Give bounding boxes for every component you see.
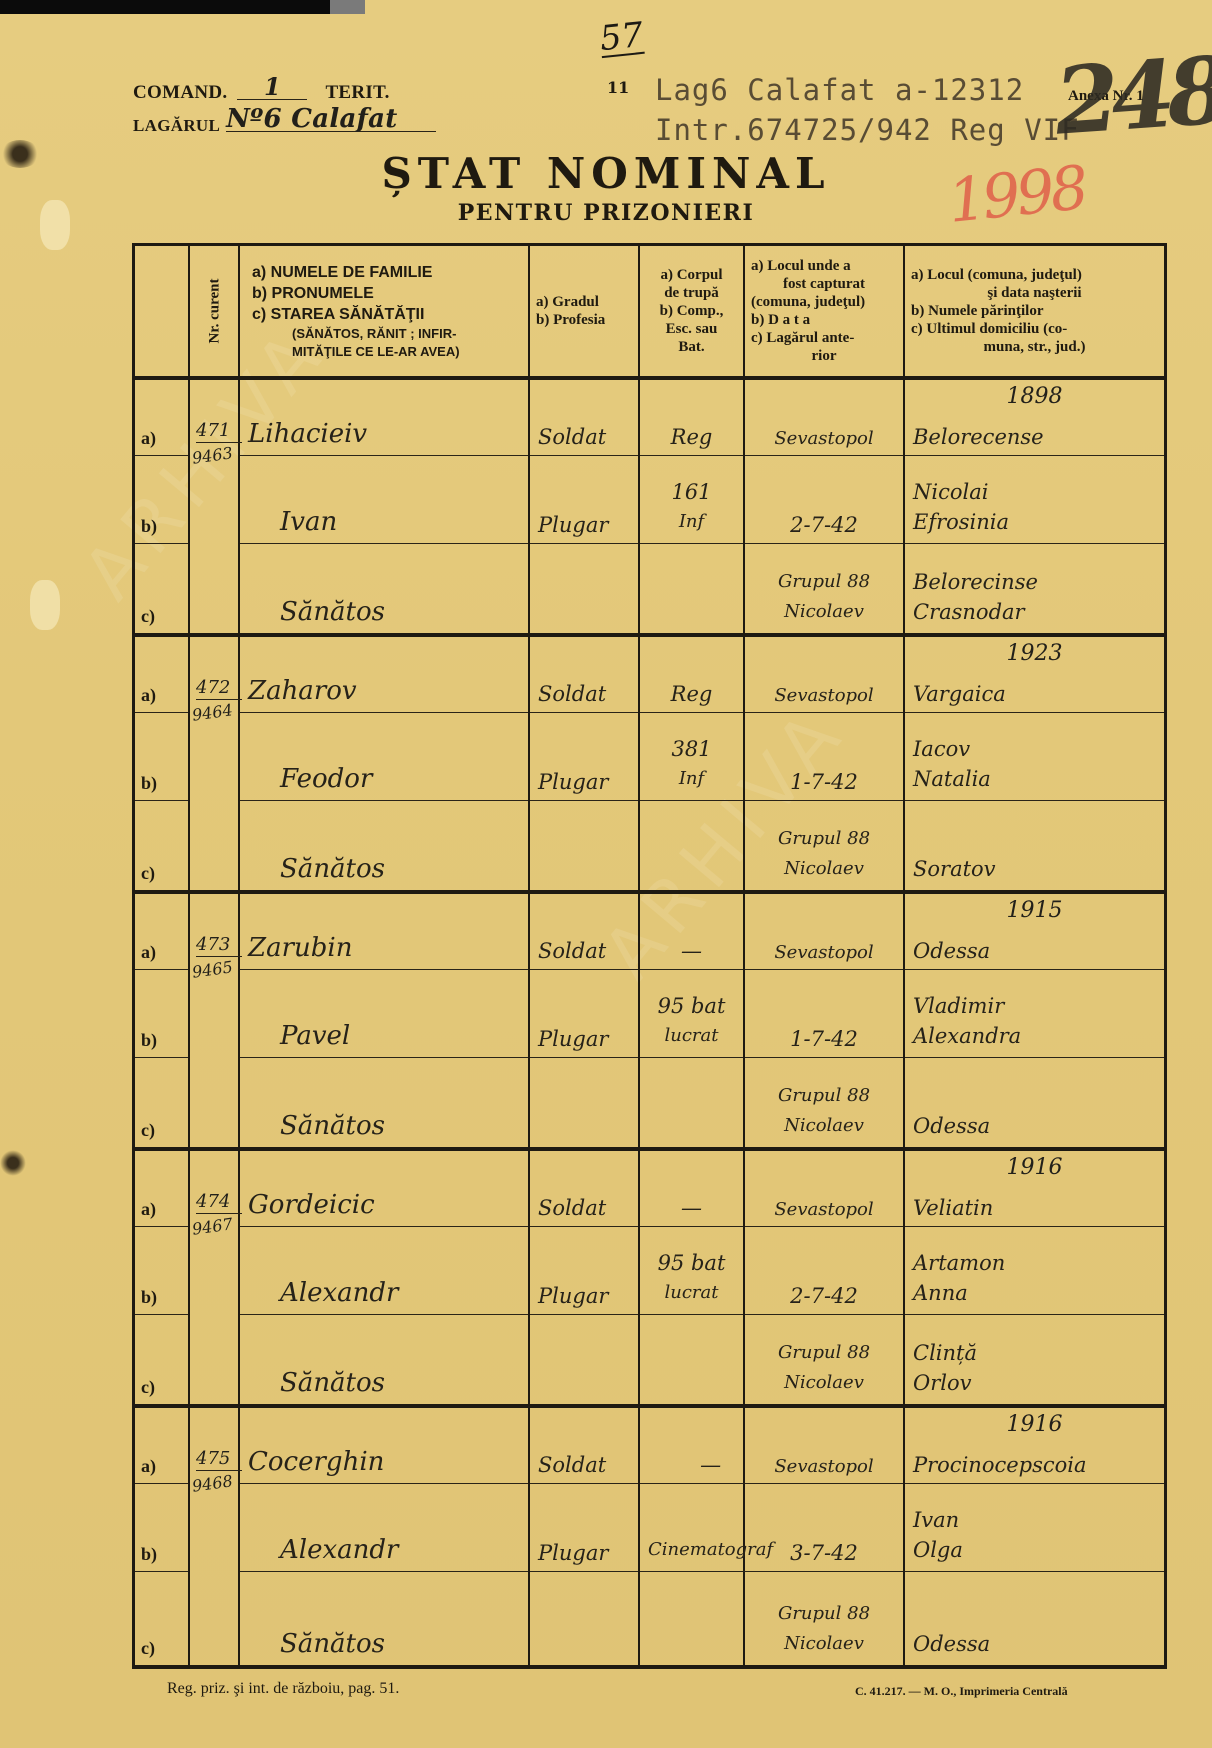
- nr-registry: 9467: [191, 1214, 234, 1238]
- domicile-1: Odessa: [913, 1111, 990, 1141]
- prev-camp-1: Grupul 88: [778, 824, 870, 854]
- prev-camp-2: Nicolaev: [784, 1368, 864, 1398]
- corps-cell: Reg 381Inf: [640, 637, 745, 890]
- family-name: Gordeicic: [248, 1190, 375, 1220]
- grade: Soldat: [538, 425, 606, 449]
- names-cell: Gordeicic Alexandr Sănătos: [240, 1151, 530, 1404]
- page-number-handwritten: 248: [1051, 36, 1212, 155]
- corps: —: [681, 1196, 702, 1220]
- row-labels: a) b) c): [135, 637, 190, 890]
- nr-registry: 9463: [191, 443, 234, 467]
- label-a: a): [135, 1408, 188, 1484]
- prev-camp-1: Grupul 88: [778, 1599, 870, 1629]
- paper-crease: [30, 580, 60, 630]
- punch-hole: [0, 1150, 26, 1176]
- prev-camp-1: Grupul 88: [778, 1338, 870, 1368]
- father-name: Vladimir: [913, 991, 1004, 1021]
- birth-place: Belorecense: [913, 425, 1044, 449]
- names-cell: Zaharov Feodor Sănătos: [240, 637, 530, 890]
- domicile-1: Clință: [913, 1338, 977, 1368]
- label-c: c): [135, 1058, 188, 1147]
- corps-cell: — Cinematograf: [640, 1408, 745, 1665]
- prev-camp-1: Grupul 88: [778, 1081, 870, 1111]
- scan-edge-bar: [0, 0, 330, 14]
- record-group: a) b) c) 471 9463 Lihacieiv Ivan Sănătos…: [135, 380, 1164, 637]
- footer-reference: Reg. priz. şi int. de războiu, pag. 51.: [167, 1680, 399, 1698]
- first-name: Feodor: [280, 764, 372, 794]
- record-group: a) b) c) 472 9464 Zaharov Feodor Sănătos…: [135, 637, 1164, 894]
- unit-1: 95 bat: [658, 991, 726, 1021]
- father-name: Nicolai: [913, 477, 988, 507]
- birth-cell: 1923Vargaica IacovNatalia Soratov: [905, 637, 1164, 890]
- father-name: Iacov: [913, 734, 970, 764]
- corps-cell: Reg 161Inf: [640, 380, 745, 633]
- header-grade: a) Gradul b) Profesia: [530, 246, 640, 376]
- profession: Plugar: [538, 1027, 608, 1051]
- health-status: Sănătos: [280, 1368, 385, 1398]
- birth-place: Veliatin: [913, 1196, 993, 1220]
- grade-cell: Soldat Plugar: [530, 637, 640, 890]
- grade-cell: Soldat Plugar: [530, 1151, 640, 1404]
- label-b: b): [135, 456, 188, 544]
- prisoner-table: Nr. curent a) NUMELE DE FAMILIE b) PRONU…: [132, 243, 1167, 1669]
- row-labels: a) b) c): [135, 380, 190, 633]
- label-b: b): [135, 1484, 188, 1572]
- registry-stamp: Lag6 Calafat a-12312 Intr.674725/942 Reg…: [655, 70, 1080, 150]
- first-name: Pavel: [280, 1021, 350, 1051]
- unit-2: lucrat: [665, 1021, 719, 1051]
- grade-cell: Soldat Plugar: [530, 380, 640, 633]
- birth-cell: 1898Belorecense NicolaiEfrosinia Belorec…: [905, 380, 1164, 633]
- unit-2: Inf: [679, 764, 704, 794]
- birth-year: 1898: [905, 384, 1164, 409]
- birth-year: 1915: [905, 898, 1164, 923]
- grade-cell: Soldat Plugar: [530, 1408, 640, 1665]
- nr-current: 471: [196, 420, 242, 443]
- grade: Soldat: [538, 1196, 606, 1220]
- mother-name: Anna: [913, 1278, 968, 1308]
- scan-edge-bar-gray: [330, 0, 365, 14]
- lagarul-label: LAGĂRUL: [133, 116, 220, 136]
- health-status: Sănătos: [280, 1629, 385, 1659]
- corps-cell: — 95 batlucrat: [640, 894, 745, 1147]
- health-status: Sănătos: [280, 1111, 385, 1141]
- mother-name: Efrosinia: [913, 507, 1009, 537]
- domicile-2: Orlov: [913, 1368, 971, 1398]
- label-c: c): [135, 1572, 188, 1665]
- birth-year: 1916: [905, 1155, 1164, 1180]
- stamp-line-1: Lag6 Calafat a-12312: [655, 70, 1080, 110]
- domicile-1: Belorecinse: [913, 567, 1038, 597]
- father-name: Ivan: [913, 1505, 959, 1535]
- record-group: a) b) c) 473 9465 Zarubin Pavel Sănătos …: [135, 894, 1164, 1151]
- capture-date: 3-7-42: [790, 1541, 858, 1565]
- footer-printer: C. 41.217. — M. O., Imprimeria Centrală: [855, 1684, 1068, 1699]
- nr-registry: 9468: [191, 1471, 234, 1495]
- label-b: b): [135, 970, 188, 1058]
- prev-camp-2: Nicolaev: [784, 597, 864, 627]
- mother-name: Olga: [913, 1535, 963, 1565]
- grade: Soldat: [538, 682, 606, 706]
- health-status: Sănătos: [280, 854, 385, 884]
- health-status: Sănătos: [280, 597, 385, 627]
- birth-year: 1923: [905, 641, 1164, 666]
- form-header: COMAND. 1 TERIT. LAGĂRUL Nº6 Calafat: [133, 72, 454, 136]
- mother-name: Natalia: [913, 764, 991, 794]
- header-names: a) NUMELE DE FAMILIE b) PRONUMELE c) STA…: [240, 246, 530, 376]
- comand-value: 1: [237, 75, 307, 100]
- prev-camp-2: Nicolaev: [784, 1111, 864, 1141]
- capture-date: 2-7-42: [790, 1284, 858, 1308]
- capture-cell: Sevastopol 1-7-42 Grupul 88Nicolaev: [745, 894, 905, 1147]
- label-c: c): [135, 1315, 188, 1404]
- capture-place: Sevastopol: [774, 1199, 873, 1220]
- label-b: b): [135, 713, 188, 801]
- folio-number: 57: [598, 18, 645, 58]
- capture-date: 1-7-42: [790, 1027, 858, 1051]
- label-c: c): [135, 801, 188, 890]
- label-b: b): [135, 1227, 188, 1315]
- header-corps: a) Corpul de trupă b) Comp., Esc. sau Ba…: [640, 246, 745, 376]
- corps: Reg: [671, 425, 713, 449]
- birth-place: Odessa: [913, 939, 990, 963]
- corps: Reg: [671, 682, 713, 706]
- grade: Soldat: [538, 1453, 606, 1477]
- nr-curent-cell: 475 9468: [190, 1408, 240, 1665]
- capture-place: Sevastopol: [774, 685, 873, 706]
- unit-1: 95 bat: [658, 1248, 726, 1278]
- corps-cell: — 95 batlucrat: [640, 1151, 745, 1404]
- nr-registry: 9465: [191, 957, 234, 981]
- family-name: Zarubin: [248, 933, 352, 963]
- names-cell: Zarubin Pavel Sănătos: [240, 894, 530, 1147]
- birth-cell: 1915Odessa VladimirAlexandra Odessa: [905, 894, 1164, 1147]
- birth-year: 1916: [905, 1412, 1164, 1437]
- prev-camp-2: Nicolaev: [784, 1629, 864, 1659]
- grade-cell: Soldat Plugar: [530, 894, 640, 1147]
- document-title: ȘTAT NOMINAL PENTRU PRIZONIERI: [0, 150, 1212, 226]
- capture-date: 2-7-42: [790, 513, 858, 537]
- first-name: Alexandr: [280, 1535, 398, 1565]
- names-cell: Lihacieiv Ivan Sănătos: [240, 380, 530, 633]
- mother-name: Alexandra: [913, 1021, 1021, 1051]
- unit-2: lucrat: [665, 1278, 719, 1308]
- father-name: Artamon: [913, 1248, 1005, 1278]
- first-name: Ivan: [280, 507, 337, 537]
- header-label-col: [135, 246, 190, 376]
- label-c: c): [135, 544, 188, 633]
- table-header: Nr. curent a) NUMELE DE FAMILIE b) PRONU…: [135, 246, 1164, 380]
- nr-curent-cell: 473 9465: [190, 894, 240, 1147]
- birth-place: Procinocepscoia: [913, 1453, 1087, 1477]
- birth-cell: 1916Procinocepscoia IvanOlga Odessa: [905, 1408, 1164, 1665]
- profession: Plugar: [538, 1284, 608, 1308]
- unit-1: 161: [671, 477, 711, 507]
- domicile-1: Soratov: [913, 854, 996, 884]
- row-labels: a) b) c): [135, 1151, 190, 1404]
- capture-cell: Sevastopol 1-7-42 Grupul 88Nicolaev: [745, 637, 905, 890]
- title-sub: PENTRU PRIZONIERI: [0, 200, 1212, 226]
- header-birth: a) Locul (comuna, judeţul) şi data naşte…: [905, 246, 1164, 376]
- nr-current: 473: [196, 934, 242, 957]
- prev-camp-2: Nicolaev: [784, 854, 864, 884]
- capture-place: Sevastopol: [774, 428, 873, 449]
- record-group: a) b) c) 474 9467 Gordeicic Alexandr Săn…: [135, 1151, 1164, 1408]
- corps: —: [700, 1453, 721, 1477]
- first-name: Alexandr: [280, 1278, 398, 1308]
- nr-current: 475: [196, 1448, 242, 1471]
- domicile-2: Crasnodar: [913, 597, 1025, 627]
- comand-label: COMAND.: [133, 82, 227, 104]
- profession: Plugar: [538, 770, 608, 794]
- family-name: Zaharov: [248, 676, 357, 706]
- label-a: a): [135, 894, 188, 970]
- nr-current: 472: [196, 677, 242, 700]
- lagarul-value: Nº6 Calafat: [226, 107, 436, 132]
- nr-curent-cell: 474 9467: [190, 1151, 240, 1404]
- header-capture: a) Locul unde a fost capturat (comuna, j…: [745, 246, 905, 376]
- label-a: a): [135, 1151, 188, 1227]
- profession: Plugar: [538, 513, 608, 537]
- birth-place: Vargaica: [913, 682, 1006, 706]
- grade: Soldat: [538, 939, 606, 963]
- record-group: a) b) c) 475 9468 Cocerghin Alexandr Săn…: [135, 1408, 1164, 1665]
- capture-place: Sevastopol: [774, 942, 873, 963]
- nr-curent-cell: 471 9463: [190, 380, 240, 633]
- stamp-line-2: Intr.674725/942 Reg VIF: [655, 110, 1080, 150]
- label-a: a): [135, 637, 188, 713]
- names-cell: Cocerghin Alexandr Sănătos: [240, 1408, 530, 1665]
- label-a: a): [135, 380, 188, 456]
- corps: —: [681, 939, 702, 963]
- capture-cell: Sevastopol 2-7-42 Grupul 88Nicolaev: [745, 380, 905, 633]
- capture-cell: Sevastopol 3-7-42 Grupul 88Nicolaev: [745, 1408, 905, 1665]
- family-name: Lihacieiv: [248, 419, 367, 449]
- row-labels: a) b) c): [135, 1408, 190, 1665]
- birth-cell: 1916Veliatin ArtamonAnna ClințăOrlov: [905, 1151, 1164, 1404]
- terit-label: TERIT.: [325, 82, 389, 104]
- capture-date: 1-7-42: [790, 770, 858, 794]
- prev-camp-1: Grupul 88: [778, 567, 870, 597]
- nr-current: 474: [196, 1191, 242, 1214]
- domicile-1: Odessa: [913, 1629, 990, 1659]
- unit-2: Inf: [679, 507, 704, 537]
- folio-sub: 11: [607, 78, 629, 97]
- row-labels: a) b) c): [135, 894, 190, 1147]
- nr-registry: 9464: [191, 700, 234, 724]
- family-name: Cocerghin: [248, 1447, 384, 1477]
- capture-place: Sevastopol: [774, 1456, 873, 1477]
- capture-cell: Sevastopol 2-7-42 Grupul 88Nicolaev: [745, 1151, 905, 1404]
- nr-curent-cell: 472 9464: [190, 637, 240, 890]
- profession: Plugar: [538, 1541, 608, 1565]
- unit-1: 381: [671, 734, 711, 764]
- title-main: ȘTAT NOMINAL: [0, 150, 1212, 198]
- header-nr-curent: Nr. curent: [190, 246, 240, 376]
